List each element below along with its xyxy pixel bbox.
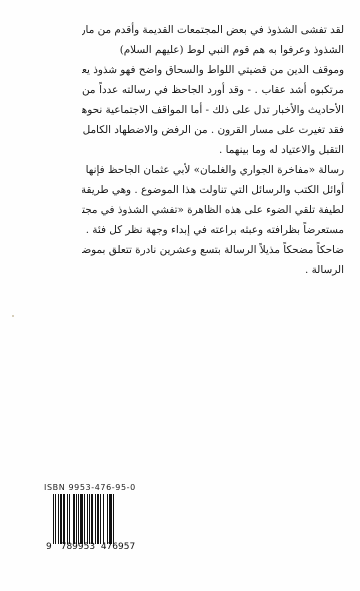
- ean-first-digit: 9: [46, 542, 52, 552]
- blurb-line: فقد تغيرت على مسار القرون . من الرفض وال…: [82, 120, 344, 140]
- blurb-line: مستعرضاً بظرافته وعبثه براعته في إبداء و…: [82, 220, 344, 240]
- ean-left-group: 789953: [61, 542, 95, 552]
- barcode-graphic: [53, 494, 138, 544]
- blurb-line: لطيفة تلقي الضوء على هذه الظاهرة «تفشي ا…: [82, 200, 344, 220]
- blurb-text: لقد تفشى الشذوذ في بعض المجتمعات القديمة…: [82, 20, 344, 280]
- scan-speck: [12, 315, 14, 317]
- blurb-line: الأحاديث والأخبار تدل على ذلك - أما المو…: [82, 100, 344, 120]
- blurb-line: الرسالة .: [82, 260, 344, 280]
- blurb-line: لقد تفشى الشذوذ في بعض المجتمعات القديمة…: [82, 20, 344, 40]
- blurb-line: وموقف الدين من قضيتي اللواط والسحاق واضح…: [82, 60, 344, 80]
- barcode-digits: 9789953 476957: [46, 542, 146, 552]
- ean-right-group: 476957: [101, 542, 135, 552]
- isbn-label: ISBN 9953-476-95-0: [44, 483, 144, 492]
- blurb-line: مرتكبوه أشد عقاب . - وقد أورد الجاحظ في …: [82, 80, 344, 100]
- blurb-line: رسالة «مفاخرة الجواري والغلمان» لأبي عثم…: [82, 160, 344, 180]
- book-back-cover: لقد تفشى الشذوذ في بعض المجتمعات القديمة…: [0, 0, 360, 591]
- blurb-line: أوائل الكتب والرسائل التي تناولت هذا الم…: [82, 180, 344, 200]
- blurb-line: ضاحكاً مضحكاً مذيلاً الرسالة بتسع وعشرين…: [82, 240, 344, 260]
- blurb-line: التقبل والاعتياد له وما بينهما .: [82, 140, 344, 160]
- blurb-line: الشذوذ وعرفوا به هم قوم النبي لوط (عليهم…: [82, 40, 344, 60]
